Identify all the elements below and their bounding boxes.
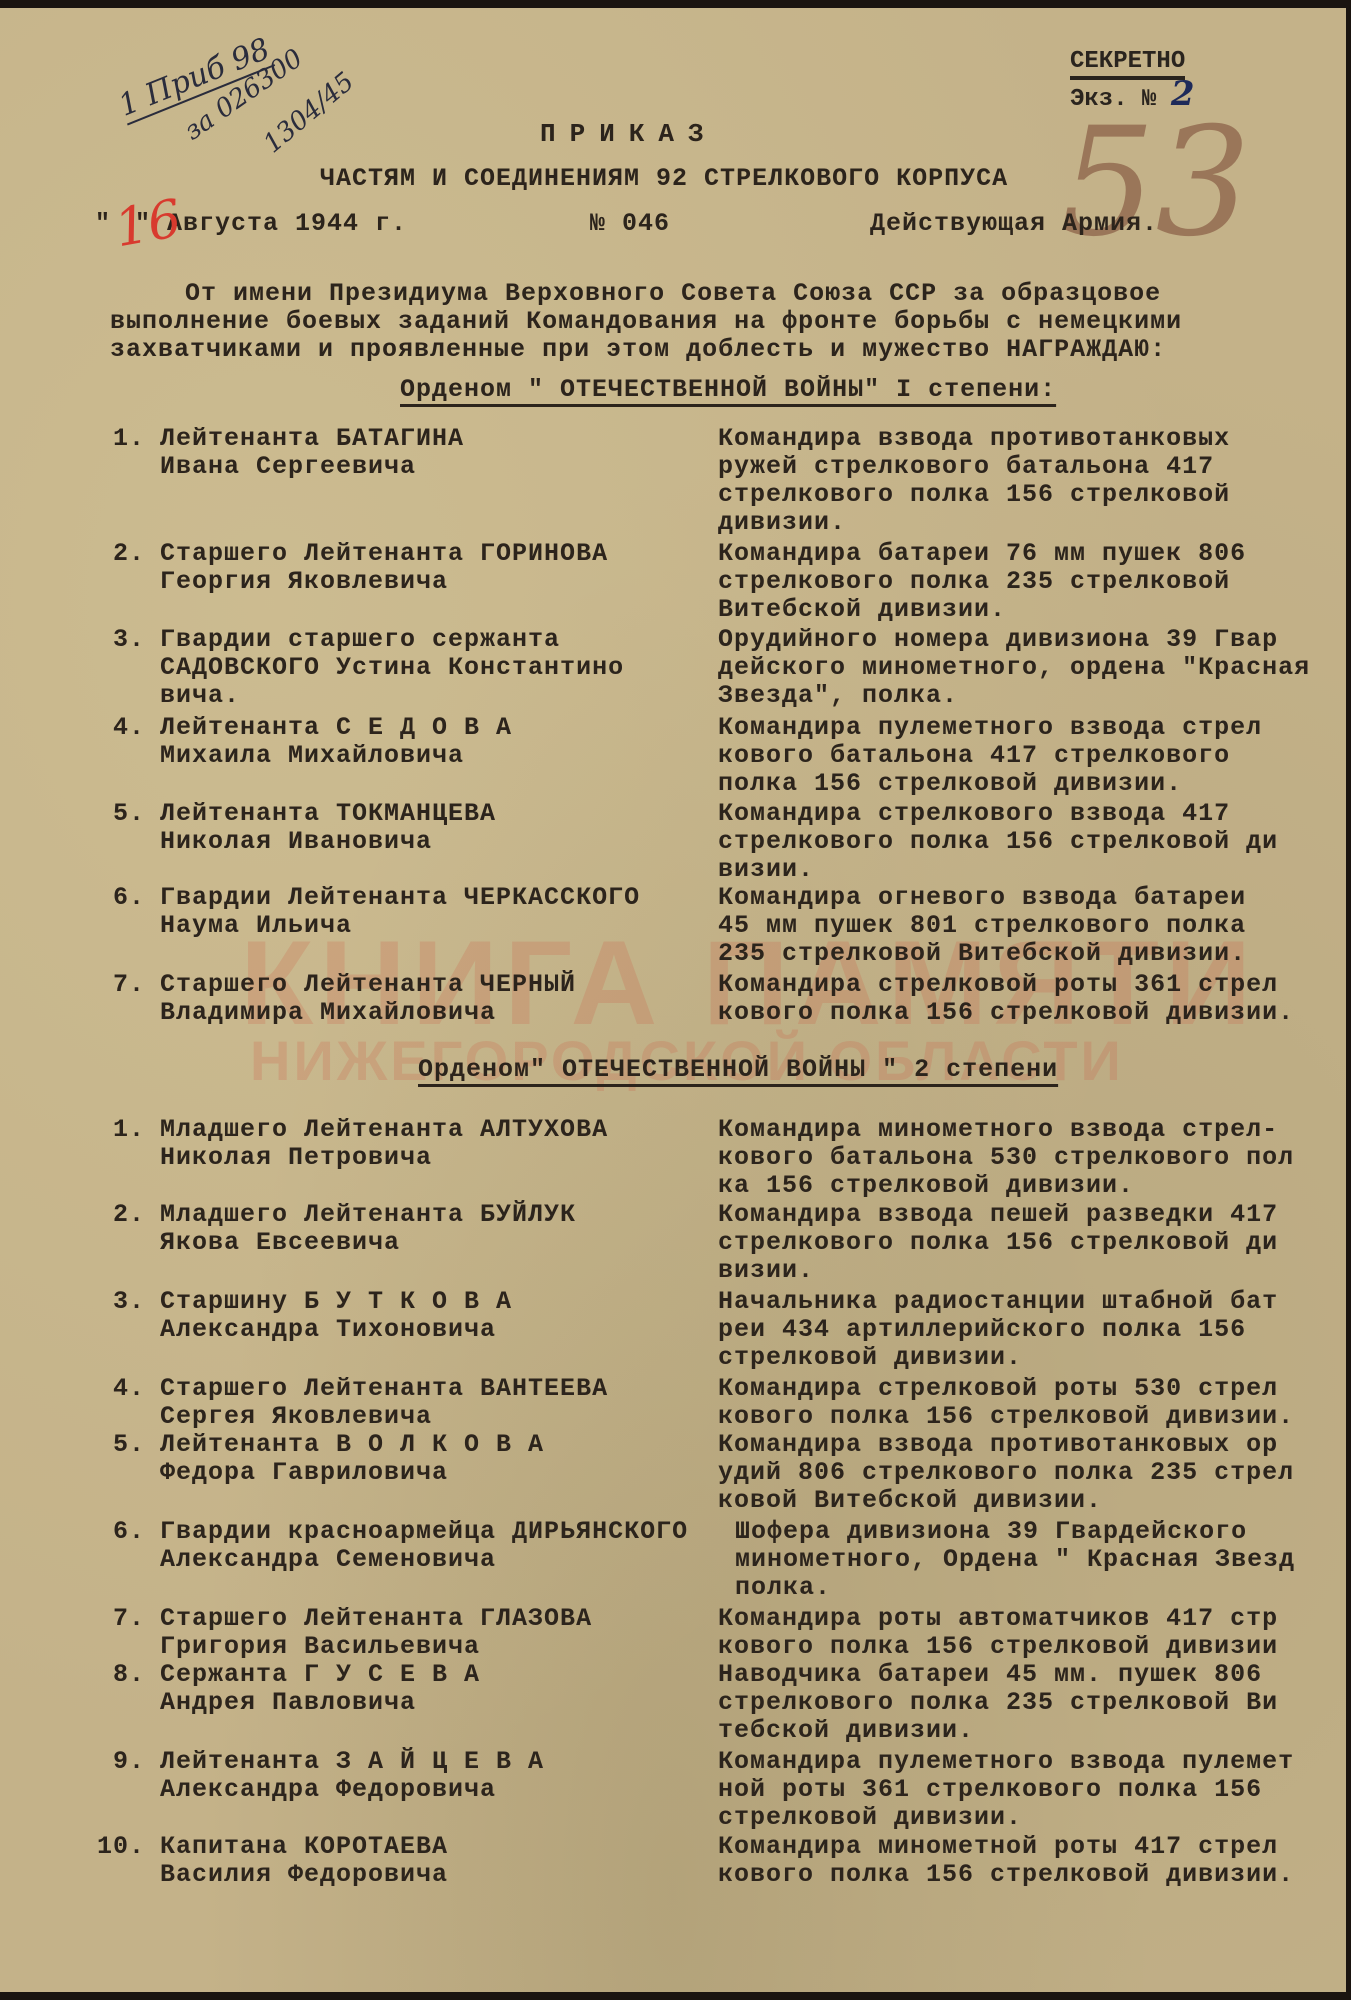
entry-desc-line: Командира пулеметного взвода пулемет	[718, 1748, 1294, 1776]
section-heading-2nd-degree: Орденом" ОТЕЧЕСТВЕННОЙ ВОЙНЫ " 2 степени	[418, 1056, 1058, 1084]
entry-rank-surname: Капитана КОРОТАЕВА	[160, 1833, 448, 1861]
intro-line: выполнение боевых заданий Командования н…	[110, 308, 1280, 336]
entry-rank-surname: Гвардии Лейтенанта ЧЕРКАССКОГО	[160, 884, 640, 912]
entry-desc-line: ной роты 361 стрелкового полка 156	[718, 1776, 1294, 1804]
entry-rank-surname: Сержанта Г У С Е В А	[160, 1661, 480, 1689]
entry-desc-line: кового полка 156 стрелковой дивизии.	[718, 1861, 1294, 1889]
entry-desc-line: Командира батареи 76 мм пушек 806	[718, 540, 1246, 568]
entry-rank-surname: Старшего Лейтенанта ГЛАЗОВА	[160, 1605, 592, 1633]
entry-rank-surname: Старшего Лейтенанта ЧЕРНЫЙ	[160, 971, 576, 999]
entry-desc-line: стрелкового полка 156 стрелковой ди	[718, 1229, 1278, 1257]
entry-given-names: Александра Тихоновича	[160, 1316, 512, 1344]
entry-desc-line: кового полка 156 стрелковой дивизии	[718, 1633, 1278, 1661]
entry-given-names: Николая Ивановича	[160, 828, 496, 856]
entry-desc-line: Наводчика батареи 45 мм. пушек 806	[718, 1661, 1278, 1689]
entry-desc-line: Звезда", полка.	[718, 682, 1310, 710]
entry-desc-line: кового полка 156 стрелковой дивизии.	[718, 1403, 1294, 1431]
entry-desc-line: Командира огневого взвода батареи	[718, 884, 1246, 912]
entry-given-names: Владимира Михайловича	[160, 999, 576, 1027]
entry-number: 3.	[95, 626, 145, 654]
entry-given-names: Андрея Павловича	[160, 1689, 480, 1717]
entry-desc-line: Командира стрелковой роты 530 стрел	[718, 1375, 1294, 1403]
entry-number: 5.	[95, 1431, 145, 1459]
entry-number: 2.	[95, 540, 145, 568]
date-open-quote: "	[95, 210, 111, 238]
entry-desc-line: полка.	[735, 1574, 1295, 1602]
entry-desc-line: ка 156 стрелковой дивизии.	[718, 1172, 1294, 1200]
entry-rank-surname: Младшего Лейтенанта АЛТУХОВА	[160, 1116, 608, 1144]
document-title: ПРИКАЗ	[540, 120, 718, 148]
entry-desc-line: Командира взвода противотанковых	[718, 425, 1230, 453]
entry-number: 6.	[95, 1518, 145, 1546]
entry-desc-line: ковой Витебской дивизии.	[718, 1487, 1294, 1515]
entry-given-names: Григория Васильевича	[160, 1633, 592, 1661]
entry-desc-line: стрелкового полка 235 стрелковой	[718, 568, 1246, 596]
entry-desc-line: Начальника радиостанции штабной бат	[718, 1288, 1278, 1316]
entry-desc-line: Шофера дивизиона 39 Гвардейского	[735, 1518, 1295, 1546]
entry-given-names: Сергея Яковлевича	[160, 1403, 608, 1431]
entry-desc-line: Витебской дивизии.	[718, 596, 1246, 624]
entry-desc-line: минометного, Ордена " Красная Звезд	[735, 1546, 1295, 1574]
entry-desc-line: стрелкового полка 235 стрелковой Ви	[718, 1689, 1278, 1717]
section-heading-1st-degree: Орденом " ОТЕЧЕСТВЕННОЙ ВОЙНЫ" I степени…	[400, 376, 1056, 404]
entry-desc-line: Орудийного номера дивизиона 39 Гвар	[718, 626, 1310, 654]
entry-given-names: Михаила Михайловича	[160, 742, 512, 770]
entry-desc-line: Командира стрелковой роты 361 стрел	[718, 971, 1294, 999]
entry-desc-line: Командира стрелкового взвода 417	[718, 800, 1278, 828]
entry-given-names: Александра Федоровича	[160, 1776, 544, 1804]
entry-given-names: Якова Евсеевича	[160, 1229, 576, 1257]
entry-desc-line: Командира взвода пешей разведки 417	[718, 1201, 1278, 1229]
entry-desc-line: стрелкового полка 156 стрелковой ди	[718, 828, 1278, 856]
entry-given-names: Александра Семеновича	[160, 1546, 688, 1574]
entry-given-names: Ивана Сергеевича	[160, 453, 464, 481]
intro-paragraph: От имени Президиума Верховного Совета Со…	[150, 280, 1280, 364]
entry-given-names: Василия Федоровича	[160, 1861, 448, 1889]
document-page: КНИГА ПАМЯТИ НИЖЕГОРОДСКОЙ ОБЛАСТИ 1 При…	[0, 8, 1346, 1992]
entry-desc-line: ружей стрелкового батальона 417	[718, 453, 1230, 481]
entry-desc-line: удий 806 стрелкового полка 235 стрел	[718, 1459, 1294, 1487]
entry-number: 7.	[95, 1605, 145, 1633]
handwritten-day: 16	[111, 193, 185, 256]
entry-desc-line: Командира минометного взвода стрел-	[718, 1116, 1294, 1144]
entry-given-names: Федора Гавриловича	[160, 1459, 544, 1487]
entry-given-names: вича.	[160, 682, 624, 710]
entry-desc-line: Командира роты автоматчиков 417 стр	[718, 1605, 1278, 1633]
entry-number: 6.	[95, 884, 145, 912]
copy-label: Экз. №	[1070, 86, 1156, 113]
entry-desc-line: кового батальона 417 стрелкового	[718, 742, 1262, 770]
entry-desc-line: визии.	[718, 856, 1278, 884]
entry-desc-line: Командира взвода противотанковых ор	[718, 1431, 1294, 1459]
entry-rank-surname: Гвардии красноармейца ДИРЬЯНСКОГО	[160, 1518, 688, 1546]
secret-stamp: СЕКРЕТНО Экз. № 2	[1070, 48, 1195, 114]
entry-number: 1.	[95, 425, 145, 453]
entry-desc-line: 45 мм пушек 801 стрелкового полка	[718, 912, 1246, 940]
entry-rank-surname: Лейтенанта С Е Д О В А	[160, 714, 512, 742]
entry-rank-surname: Лейтенанта В О Л К О В А	[160, 1431, 544, 1459]
entry-number: 10.	[95, 1833, 145, 1861]
entry-desc-line: стрелкового полка 156 стрелковой	[718, 481, 1230, 509]
entry-number: 4.	[95, 1375, 145, 1403]
entry-number: 8.	[95, 1661, 145, 1689]
intro-line: захватчиками и проявленные при этом добл…	[110, 336, 1280, 364]
entry-desc-line: Командира пулеметного взвода стрел	[718, 714, 1262, 742]
entry-given-names: Наума Ильича	[160, 912, 640, 940]
location: Действующая Армия.	[870, 210, 1158, 238]
entry-rank-surname: Гвардии старшего сержанта	[160, 626, 624, 654]
entry-number: 5.	[95, 800, 145, 828]
entry-desc-line: кового батальона 530 стрелкового пол	[718, 1144, 1294, 1172]
entry-rank-surname: Лейтенанта БАТАГИНА	[160, 425, 464, 453]
entry-rank-surname: Старшего Лейтенанта ВАНТЕЕВА	[160, 1375, 608, 1403]
entry-rank-surname: Лейтенанта ТОКМАНЦЕВА	[160, 800, 496, 828]
entry-desc-line: стрелковой дивизии.	[718, 1804, 1294, 1832]
entry-desc-line: тебской дивизии.	[718, 1717, 1278, 1745]
entry-desc-line: дейского минометного, ордена "Красная	[718, 654, 1310, 682]
entry-rank-surname: Младшего Лейтенанта БУЙЛУК	[160, 1201, 576, 1229]
copy-number: 2	[1171, 74, 1195, 114]
document-subtitle: ЧАСТЯМ И СОЕДИНЕНИЯМ 92 СТРЕЛКОВОГО КОРП…	[320, 165, 1008, 193]
entry-desc-line: 235 стрелковой Витебской дивизии.	[718, 940, 1246, 968]
entry-desc-line: Командира минометной роты 417 стрел	[718, 1833, 1294, 1861]
entry-desc-line: визии.	[718, 1257, 1278, 1285]
intro-line: От имени Президиума Верховного Совета Со…	[150, 280, 1280, 308]
entry-given-names: САДОВСКОГО Устина Константино	[160, 654, 624, 682]
entry-desc-line: кового полка 156 стрелковой дивизии.	[718, 999, 1294, 1027]
entry-desc-line: дивизии.	[718, 509, 1230, 537]
entry-number: 1.	[95, 1116, 145, 1144]
order-number: № 046	[590, 210, 670, 238]
secret-label: СЕКРЕТНО	[1070, 48, 1185, 80]
entry-desc-line: реи 434 артиллерийского полка 156	[718, 1316, 1278, 1344]
entry-desc-line: стрелковой дивизии.	[718, 1344, 1278, 1372]
entry-number: 7.	[95, 971, 145, 999]
entry-number: 2.	[95, 1201, 145, 1229]
entry-rank-surname: Старшину Б У Т К О В А	[160, 1288, 512, 1316]
entry-desc-line: полка 156 стрелковой дивизии.	[718, 770, 1262, 798]
entry-given-names: Георгия Яковлевича	[160, 568, 608, 596]
entry-number: 4.	[95, 714, 145, 742]
entry-given-names: Николая Петровича	[160, 1144, 608, 1172]
entry-rank-surname: Лейтенанта З А Й Ц Е В А	[160, 1748, 544, 1776]
entry-rank-surname: Старшего Лейтенанта ГОРИНОВА	[160, 540, 608, 568]
entry-number: 9.	[95, 1748, 145, 1776]
entry-number: 3.	[95, 1288, 145, 1316]
